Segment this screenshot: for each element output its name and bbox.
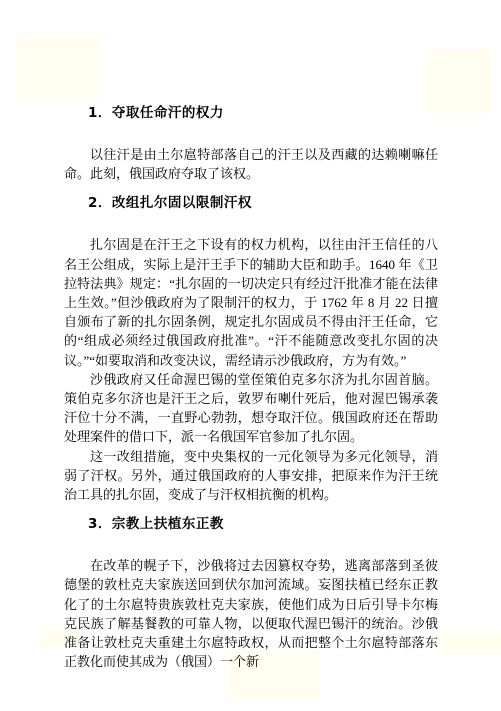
section-heading-3: 3．宗教上扶植东正教 [88,515,438,533]
section-2-paragraph-3: 这一改组措施，变中央集权的一元化领导为多元化领导，消弱了汗权。另外，通过俄国政府… [64,447,438,505]
section-2-paragraph-1: 扎尔固是在汗王之下设有的权力机构，以往由汗王信任的八名王公组成，实际上是汗王手下… [64,235,438,369]
section-heading-1: 1．夺取任命汗的权力 [88,104,438,122]
document-page: 1．夺取任命汗的权力 以往汗是由土尔扈特部落自己的汗王以及西藏的达赖喇嘛任命。此… [0,0,501,711]
section-3-paragraph-1: 在改革的幌子下，沙俄将过去因篡权夺势，逃离部落到圣彼德堡的敦杜克夫家族送回到伏尔… [64,556,438,671]
section-2-paragraph-2: 沙俄政府又任命渥巴锡的堂侄策伯克多尔济为扎尔固首脑。策伯克多尔济也是汗王之后，敦… [64,370,438,447]
section-1-paragraph-1: 以往汗是由土尔扈特部落自己的汗王以及西藏的达赖喇嘛任命。此刻，俄国政府夺取了该权… [64,145,438,183]
text-column: 1．夺取任命汗的权力 以往汗是由土尔扈特部落自己的汗王以及西藏的达赖喇嘛任命。此… [64,104,438,671]
section-heading-2: 2．改组扎尔固以限制汗权 [88,194,438,212]
scan-artifact-top-left [18,36,100,100]
scan-artifact-bottom-right [440,633,501,655]
